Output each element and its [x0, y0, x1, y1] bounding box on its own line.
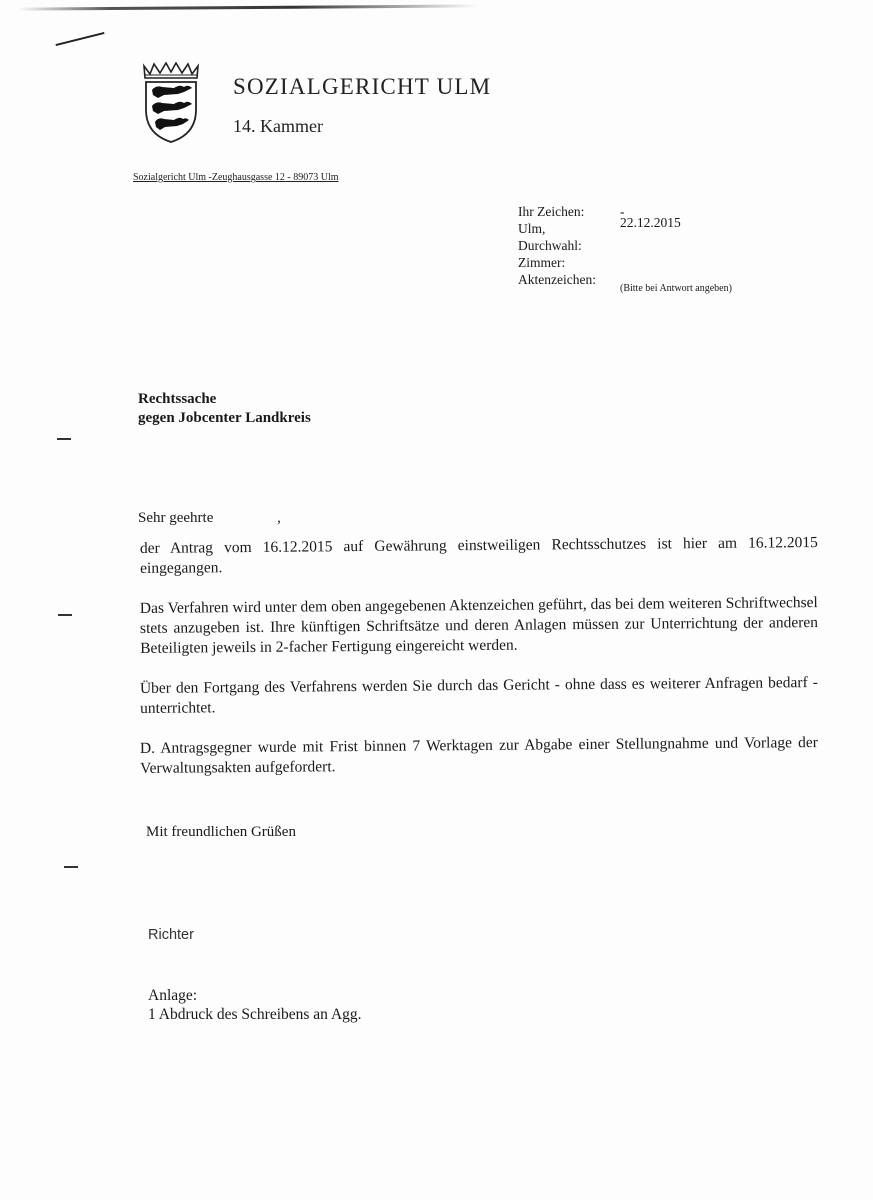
- subject-line: Rechtssache: [138, 390, 311, 409]
- reference-label: Zimmer:: [518, 255, 565, 270]
- attachment-block: Anlage: 1 Abdruck des Schreibens an Agg.: [148, 986, 362, 1024]
- reference-hint: (Bitte bei Antwort angeben): [620, 280, 732, 297]
- salutation: Sehr geehrte ,: [138, 510, 281, 527]
- attachment-item: 1 Abdruck des Schreibens an Agg.: [148, 1005, 362, 1024]
- pen-mark: [56, 32, 105, 46]
- signature-title: Richter: [148, 927, 194, 943]
- reference-row-file-number: Aktenzeichen: (Bitte bei Antwort angeben…: [518, 271, 596, 288]
- body-paragraph: der Antrag vom 16.12.2015 auf Gewährung …: [140, 533, 818, 579]
- coat-of-arms-icon: [140, 62, 202, 144]
- fold-mark: [64, 866, 78, 868]
- attachment-label: Anlage:: [148, 986, 362, 1005]
- reference-block: Ihr Zeichen: - Ulm, 22.12.2015 Durchwahl…: [518, 203, 596, 288]
- letter-date: 22.12.2015: [620, 214, 681, 231]
- court-name: SOZIALGERICHT ULM: [233, 74, 491, 100]
- reference-label: Aktenzeichen:: [518, 272, 596, 287]
- body-paragraph: D. Antragsgegner wurde mit Frist binnen …: [140, 733, 818, 779]
- reference-label: Ulm,: [518, 221, 545, 236]
- reference-label: Durchwahl:: [518, 238, 582, 253]
- punch-mark: [58, 614, 72, 616]
- closing: Mit freundlichen Grüßen: [146, 824, 296, 841]
- scan-edge-shadow: [18, 4, 478, 10]
- body-paragraph: Über den Fortgang des Verfahrens werden …: [140, 673, 818, 719]
- chamber-name: 14. Kammer: [233, 116, 323, 137]
- fold-mark: [57, 438, 71, 440]
- reference-label: Ihr Zeichen:: [518, 204, 584, 219]
- reference-row-your-sign: Ihr Zeichen: -: [518, 203, 596, 220]
- return-address: Sozialgericht Ulm -Zeughausgasse 12 - 89…: [133, 172, 339, 183]
- reference-row-date: Ulm, 22.12.2015: [518, 220, 596, 237]
- reference-row-room: Zimmer:: [518, 254, 596, 271]
- reference-row-phone: Durchwahl:: [518, 237, 596, 254]
- subject-line: gegen Jobcenter Landkreis: [138, 409, 311, 428]
- subject: Rechtssache gegen Jobcenter Landkreis: [138, 390, 311, 428]
- body-paragraph: Das Verfahren wird unter dem oben angege…: [140, 593, 818, 659]
